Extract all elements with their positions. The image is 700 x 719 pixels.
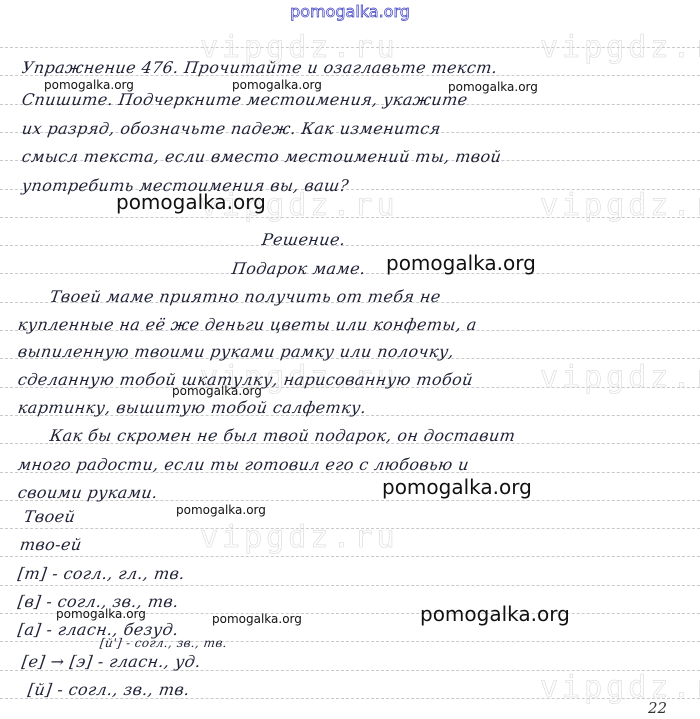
site-watermark: pomogalka.org <box>176 503 266 517</box>
rule-line <box>0 585 700 586</box>
page-number: 22 <box>648 699 667 717</box>
faint-watermark: vipgdz.ru <box>540 670 700 705</box>
site-watermark: pomogalka.org <box>212 612 302 626</box>
solution-line: выпиленную твоими руками рамку или полоч… <box>17 342 456 361</box>
solution-title: Подарок маме. <box>231 259 367 278</box>
faint-watermark: vipgdz.ru <box>540 188 700 223</box>
analysis-sound: [т] - согл., гл., тв. <box>17 564 187 583</box>
solution-line: картинку, вышитую тобой салфетку. <box>17 398 368 417</box>
rule-line <box>0 556 700 557</box>
faint-watermark: vipgdz.ru <box>540 30 700 65</box>
site-watermark: pomogalka.org <box>116 190 266 214</box>
solution-line: купленные на её же деньги цветы или конф… <box>17 315 479 334</box>
task-line: Спишите. Подчеркните местоимения, укажит… <box>21 90 469 109</box>
analysis-syllables: тво-ей <box>19 535 83 554</box>
solution-line: своими руками. <box>17 483 159 502</box>
notebook-page: vipgdz.ru vipgdz.ru vipgdz.ru vipgdz.ru … <box>0 0 700 719</box>
solution-line: Твоей маме приятно получить от тебя не <box>49 287 442 306</box>
task-line: Упражнение 476. Прочитайте и озаглавьте … <box>21 58 499 77</box>
faint-watermark: vipgdz.ru <box>200 520 399 555</box>
task-line: смысл текста, если вместо местоимений ты… <box>21 147 503 166</box>
solution-line: Как бы скромен не был твой подарок, он д… <box>49 426 517 445</box>
site-watermark: pomogalka.org <box>448 80 538 94</box>
analysis-sound: [й'] - согл., зв., тв. <box>99 636 228 650</box>
solution-line: много радости, если ты готовил его с люб… <box>17 455 471 474</box>
solution-heading: Решение. <box>261 230 347 249</box>
site-watermark: pomogalka.org <box>232 78 322 92</box>
site-watermark: pomogalka.org <box>44 78 134 92</box>
site-watermark: pomogalka.org <box>386 251 536 275</box>
site-watermark-top: pomogalka.org <box>0 2 700 21</box>
rule-line <box>0 245 700 246</box>
site-watermark: pomogalka.org <box>172 384 262 398</box>
site-watermark: pomogalka.org <box>56 607 146 621</box>
analysis-word: Твоей <box>23 507 77 526</box>
analysis-sound: [й] - согл., зв., тв. <box>27 680 191 699</box>
faint-watermark: vipgdz.ru <box>540 360 700 395</box>
site-watermark: pomogalka.org <box>382 475 532 499</box>
analysis-sound: [е] → [э] - гласн., уд. <box>21 652 203 671</box>
task-line: их разряд, обозначьте падеж. Как изменит… <box>21 119 442 138</box>
site-watermark: pomogalka.org <box>420 602 570 626</box>
